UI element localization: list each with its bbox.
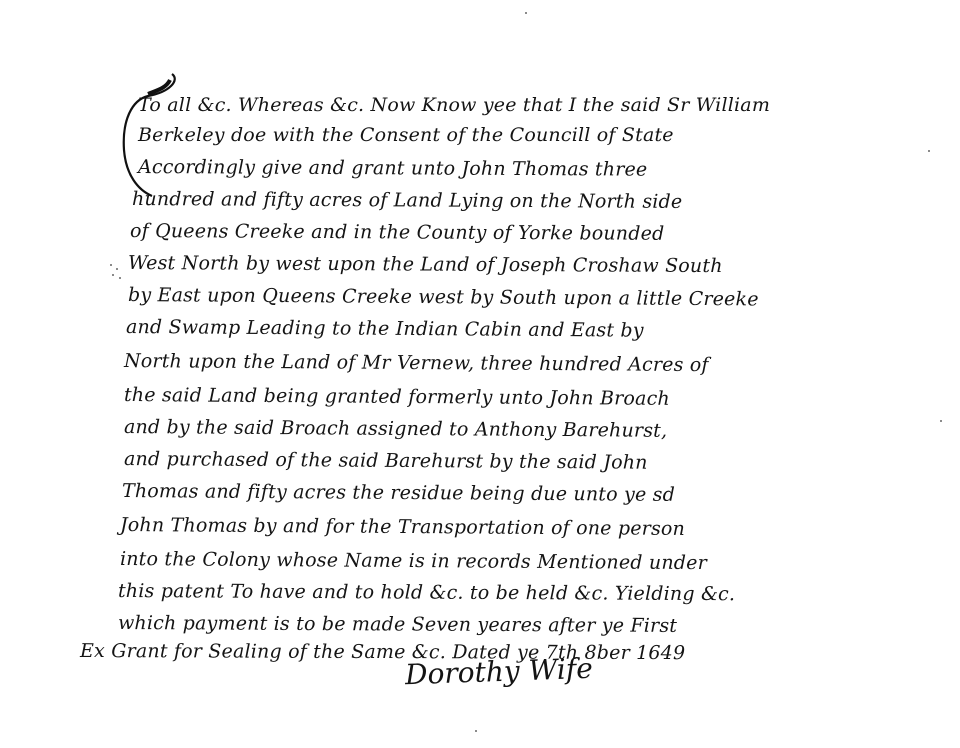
ink-speck [940, 420, 942, 422]
ink-speck [525, 12, 527, 14]
document-line-10: the said Land being granted formerly unt… [124, 384, 670, 410]
document-line-18: Ex Grant for Sealing of the Same &c. Dat… [80, 640, 685, 664]
document-line-4: hundred and fifty acres of Land Lying on… [132, 188, 683, 213]
document-line-1: To all &c. Whereas &c. Now Know yee that… [138, 94, 770, 116]
scanned-document-page: To all &c. Whereas &c. Now Know yee that… [0, 0, 960, 748]
document-line-5: of Queens Creeke and in the County of Yo… [130, 220, 665, 245]
document-line-13: Thomas and fifty acres the residue being… [122, 480, 675, 506]
ink-speck [928, 150, 930, 152]
ink-speck [475, 730, 477, 732]
signature: Dorothy Wife [404, 652, 593, 692]
document-line-14: John Thomas by and for the Transportatio… [120, 514, 685, 540]
document-line-12: and purchased of the said Barehurst by t… [124, 448, 648, 474]
document-line-2: Berkeley doe with the Consent of the Cou… [138, 124, 674, 146]
document-line-16: this patent To have and to hold &c. to b… [118, 580, 735, 605]
document-line-7: by East upon Queens Creeke west by South… [128, 284, 759, 310]
document-line-11: and by the said Broach assigned to Antho… [124, 416, 667, 442]
document-line-9: North upon the Land of Mr Vernew, three … [124, 350, 709, 376]
document-line-3: Accordingly give and grant unto John Tho… [138, 156, 648, 181]
document-line-17: which payment is to be made Seven yeares… [118, 612, 677, 637]
document-line-15: into the Colony whose Name is in records… [120, 548, 707, 574]
ink-speckles [108, 262, 124, 282]
document-line-6: West North by west upon the Land of Jose… [128, 252, 723, 277]
document-line-8: and Swamp Leading to the Indian Cabin an… [126, 316, 644, 342]
